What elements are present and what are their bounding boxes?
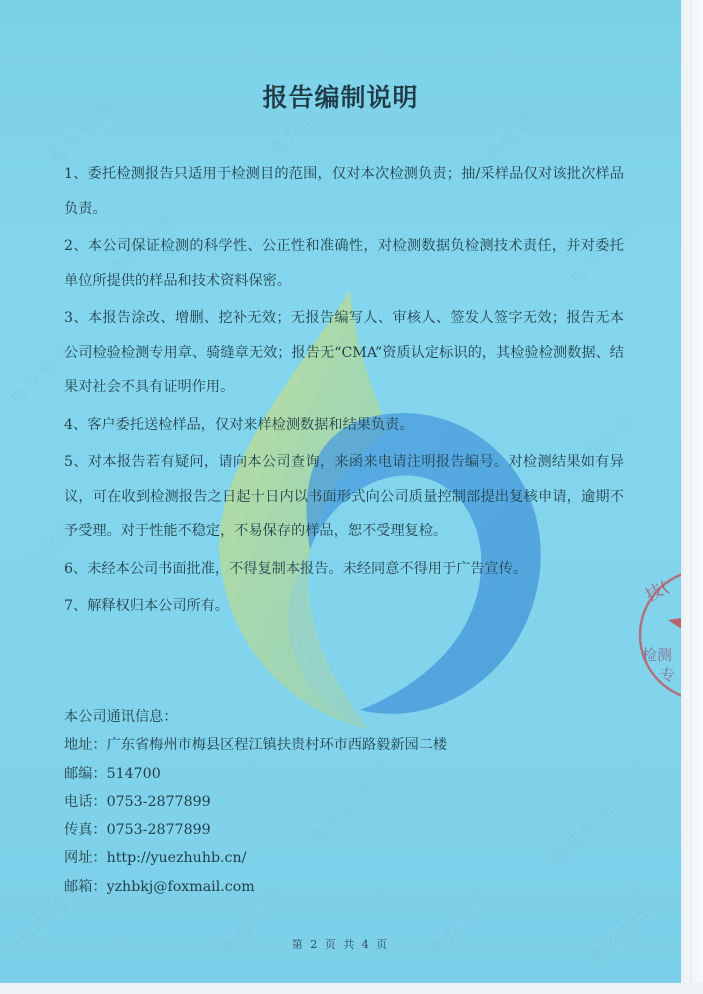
clause-6: 6、未经本公司书面批准，不得复制本报告。未经同意不得用于广告宣传。	[64, 552, 624, 587]
contact-postcode: 邮编：514700	[64, 760, 447, 788]
contact-website: 网址：http://yuezhuhb.cn/	[64, 844, 447, 872]
page-number: 第 2 页 共 4 页	[0, 936, 681, 952]
svg-text:专: 专	[660, 666, 675, 684]
clause-3: 3、本报告涂改、增删、挖补无效；无报告编写人、审核人、签发人签字无效；报告无本公…	[64, 301, 624, 405]
scan-edge-bottom	[0, 983, 703, 994]
clause-4: 4、客户委托送检样品，仅对来样检测数据和结果负责。	[64, 408, 624, 443]
contact-email: 邮箱：yzhbkj@foxmail.com	[64, 873, 447, 901]
document-page: 粤珠检测 粤珠检测 粤珠检测 粤珠检测 粤珠检测 粤珠检测 粤珠检测 粤珠检测 …	[0, 0, 681, 983]
clause-1: 1、委托检测报告只适用于检测目的范围，仅对本次检测负责；抽/采样品仅对该批次样品…	[64, 157, 624, 226]
clause-2: 2、本公司保证检测的科学性、公正性和准确性，对检测数据负检测技术责任，并对委托单…	[64, 229, 624, 298]
watermark-text: 粤珠检测	[543, 794, 621, 872]
clauses-section: 1、委托检测报告只适用于检测目的范围，仅对本次检测负责；抽/采样品仅对该批次样品…	[64, 157, 624, 627]
contact-fax: 传真：0753-2877899	[64, 816, 447, 844]
contact-heading: 本公司通讯信息：	[64, 703, 447, 731]
svg-text:技(: 技(	[642, 577, 672, 606]
contact-phone: 电话：0753-2877899	[64, 788, 447, 816]
contact-address: 地址：广东省梅州市梅县区程江镇扶贵村环市西路毅新园二楼	[64, 731, 447, 759]
scan-edge-right	[681, 0, 703, 994]
page-title: 报告编制说明	[0, 78, 681, 114]
contact-info: 本公司通讯信息： 地址：广东省梅州市梅县区程江镇扶贵村环市西路毅新园二楼 邮编：…	[64, 703, 447, 901]
watermark-text: 粤珠检测	[583, 894, 661, 972]
clause-5: 5、对本报告若有疑问，请向本公司查询，来函来电请注明报告编号。对检测结果如有异议…	[64, 445, 624, 549]
seal-stamp: 技( 检测 专	[630, 560, 681, 710]
svg-text:检测: 检测	[642, 646, 672, 664]
clause-7: 7、解释权归本公司所有。	[64, 589, 624, 624]
